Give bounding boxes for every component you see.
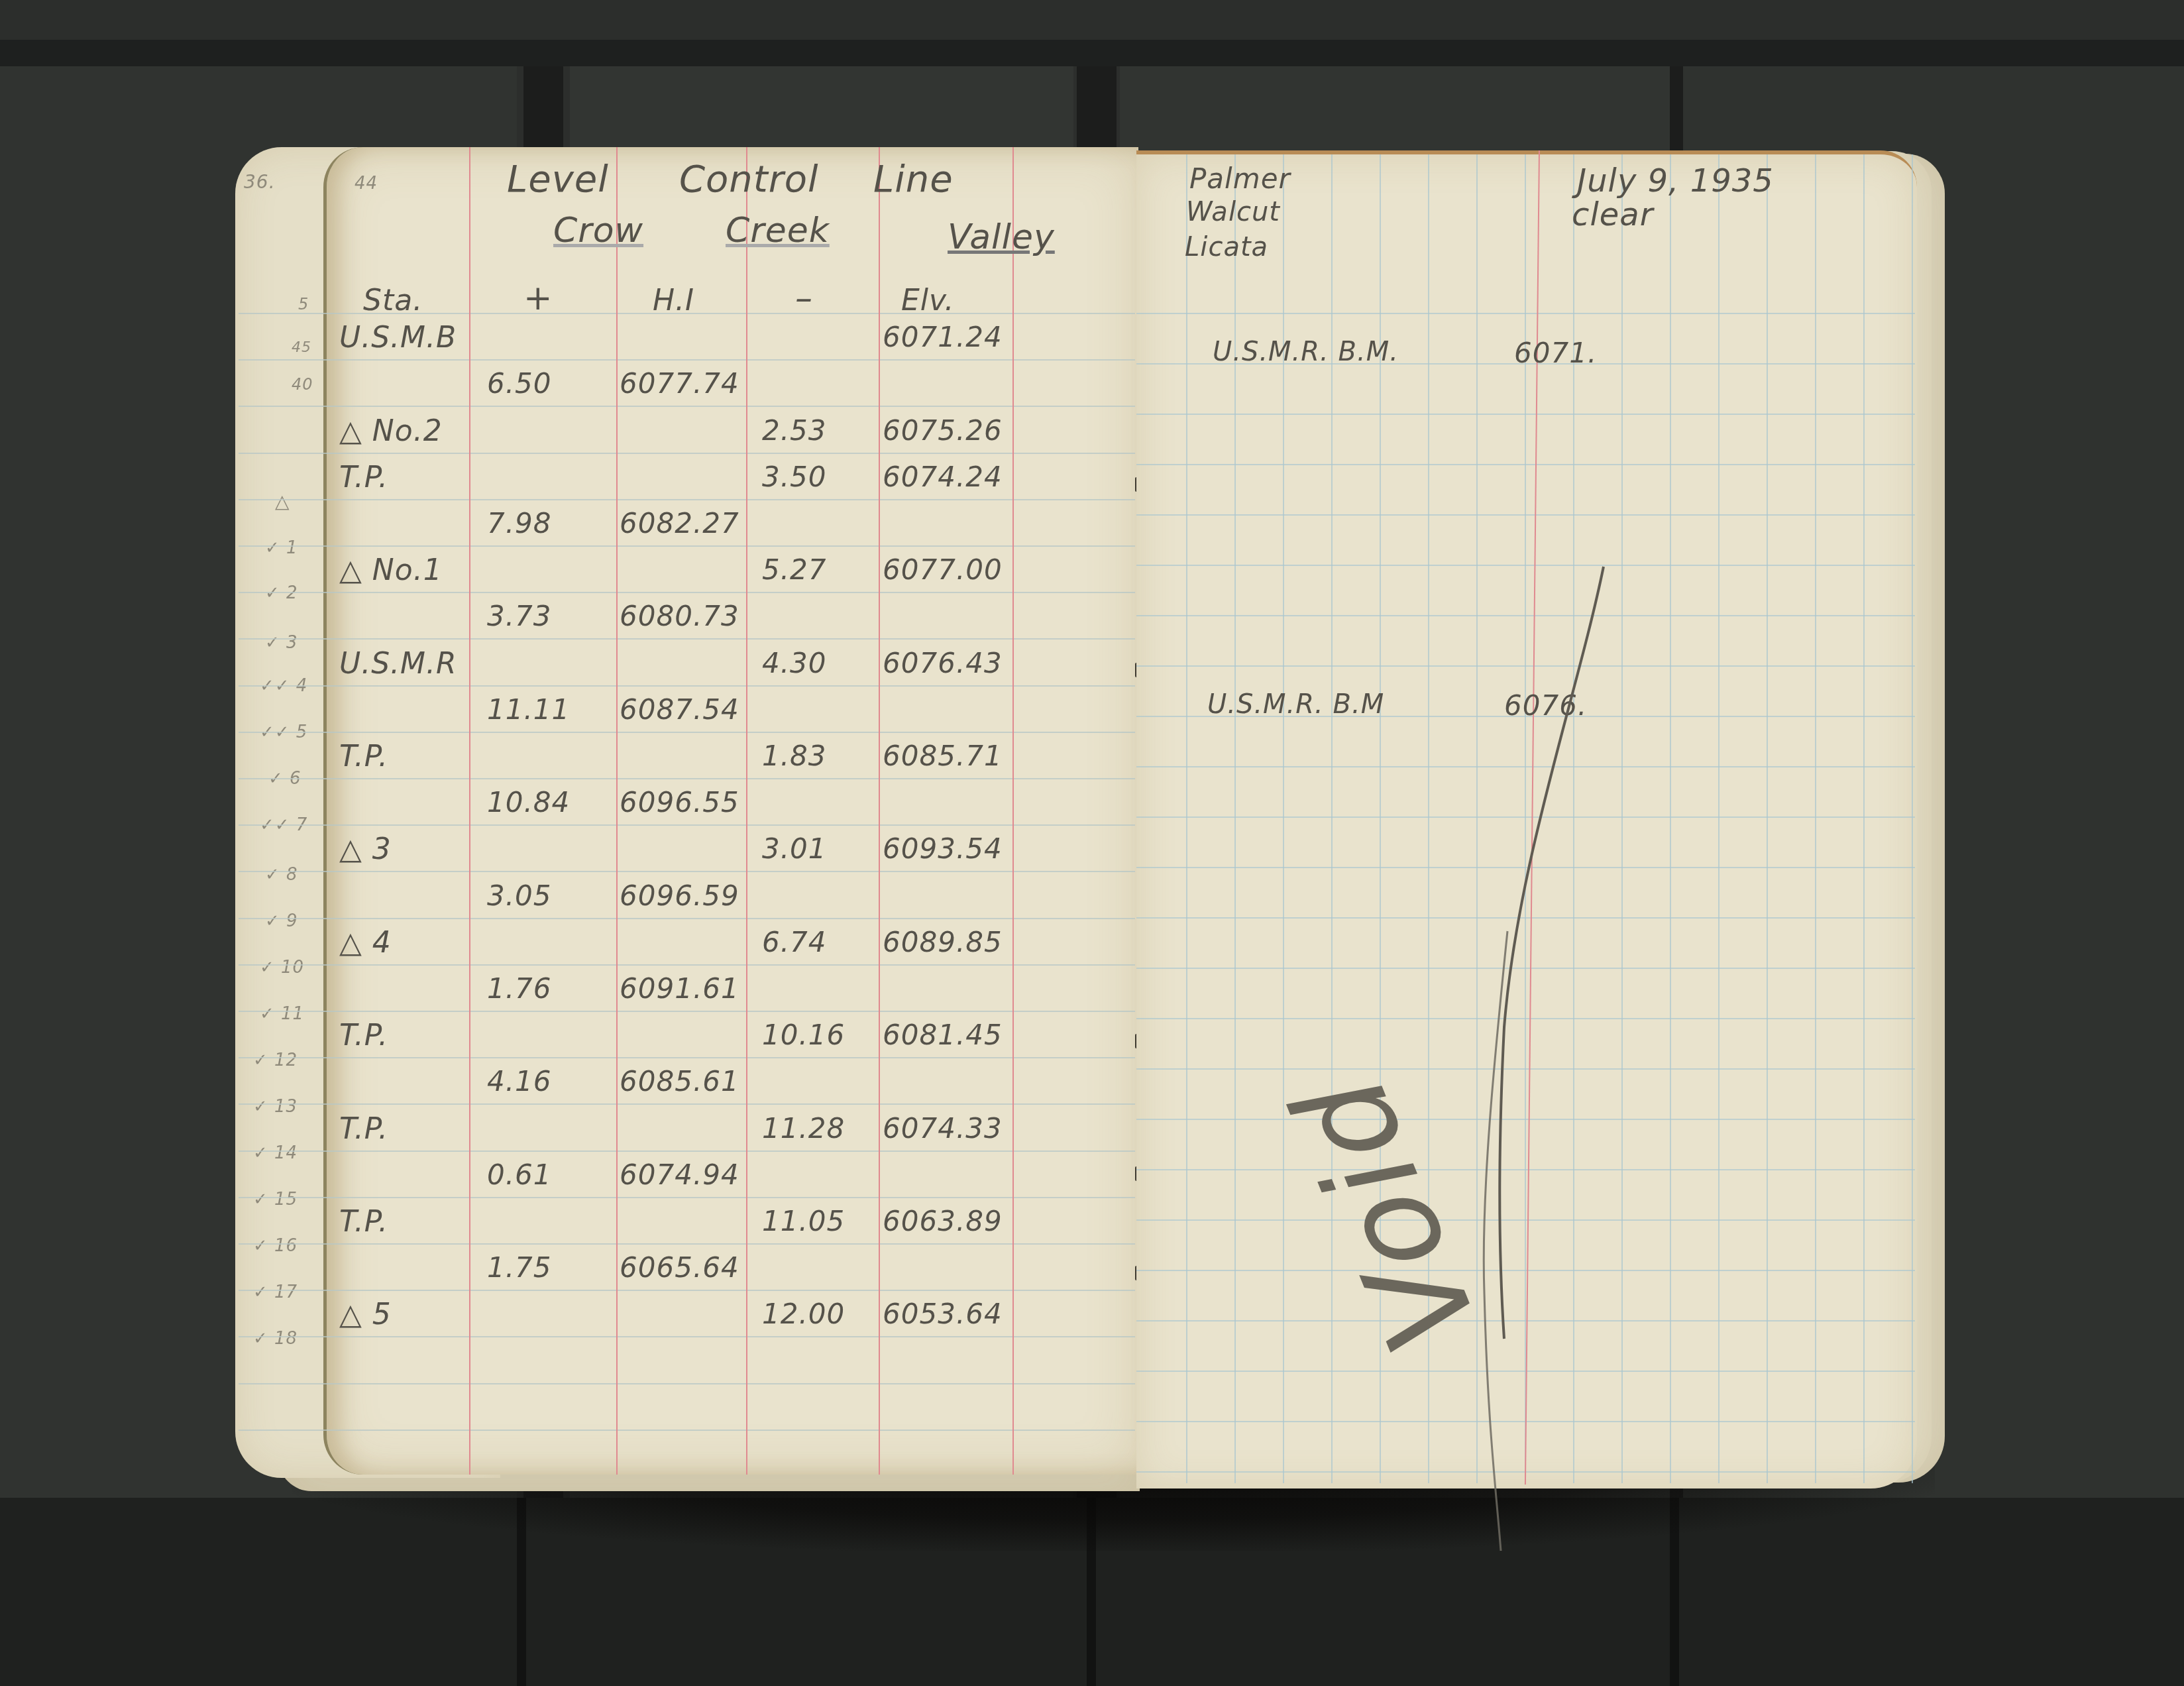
pencil-void-lines bbox=[0, 0, 2184, 1686]
